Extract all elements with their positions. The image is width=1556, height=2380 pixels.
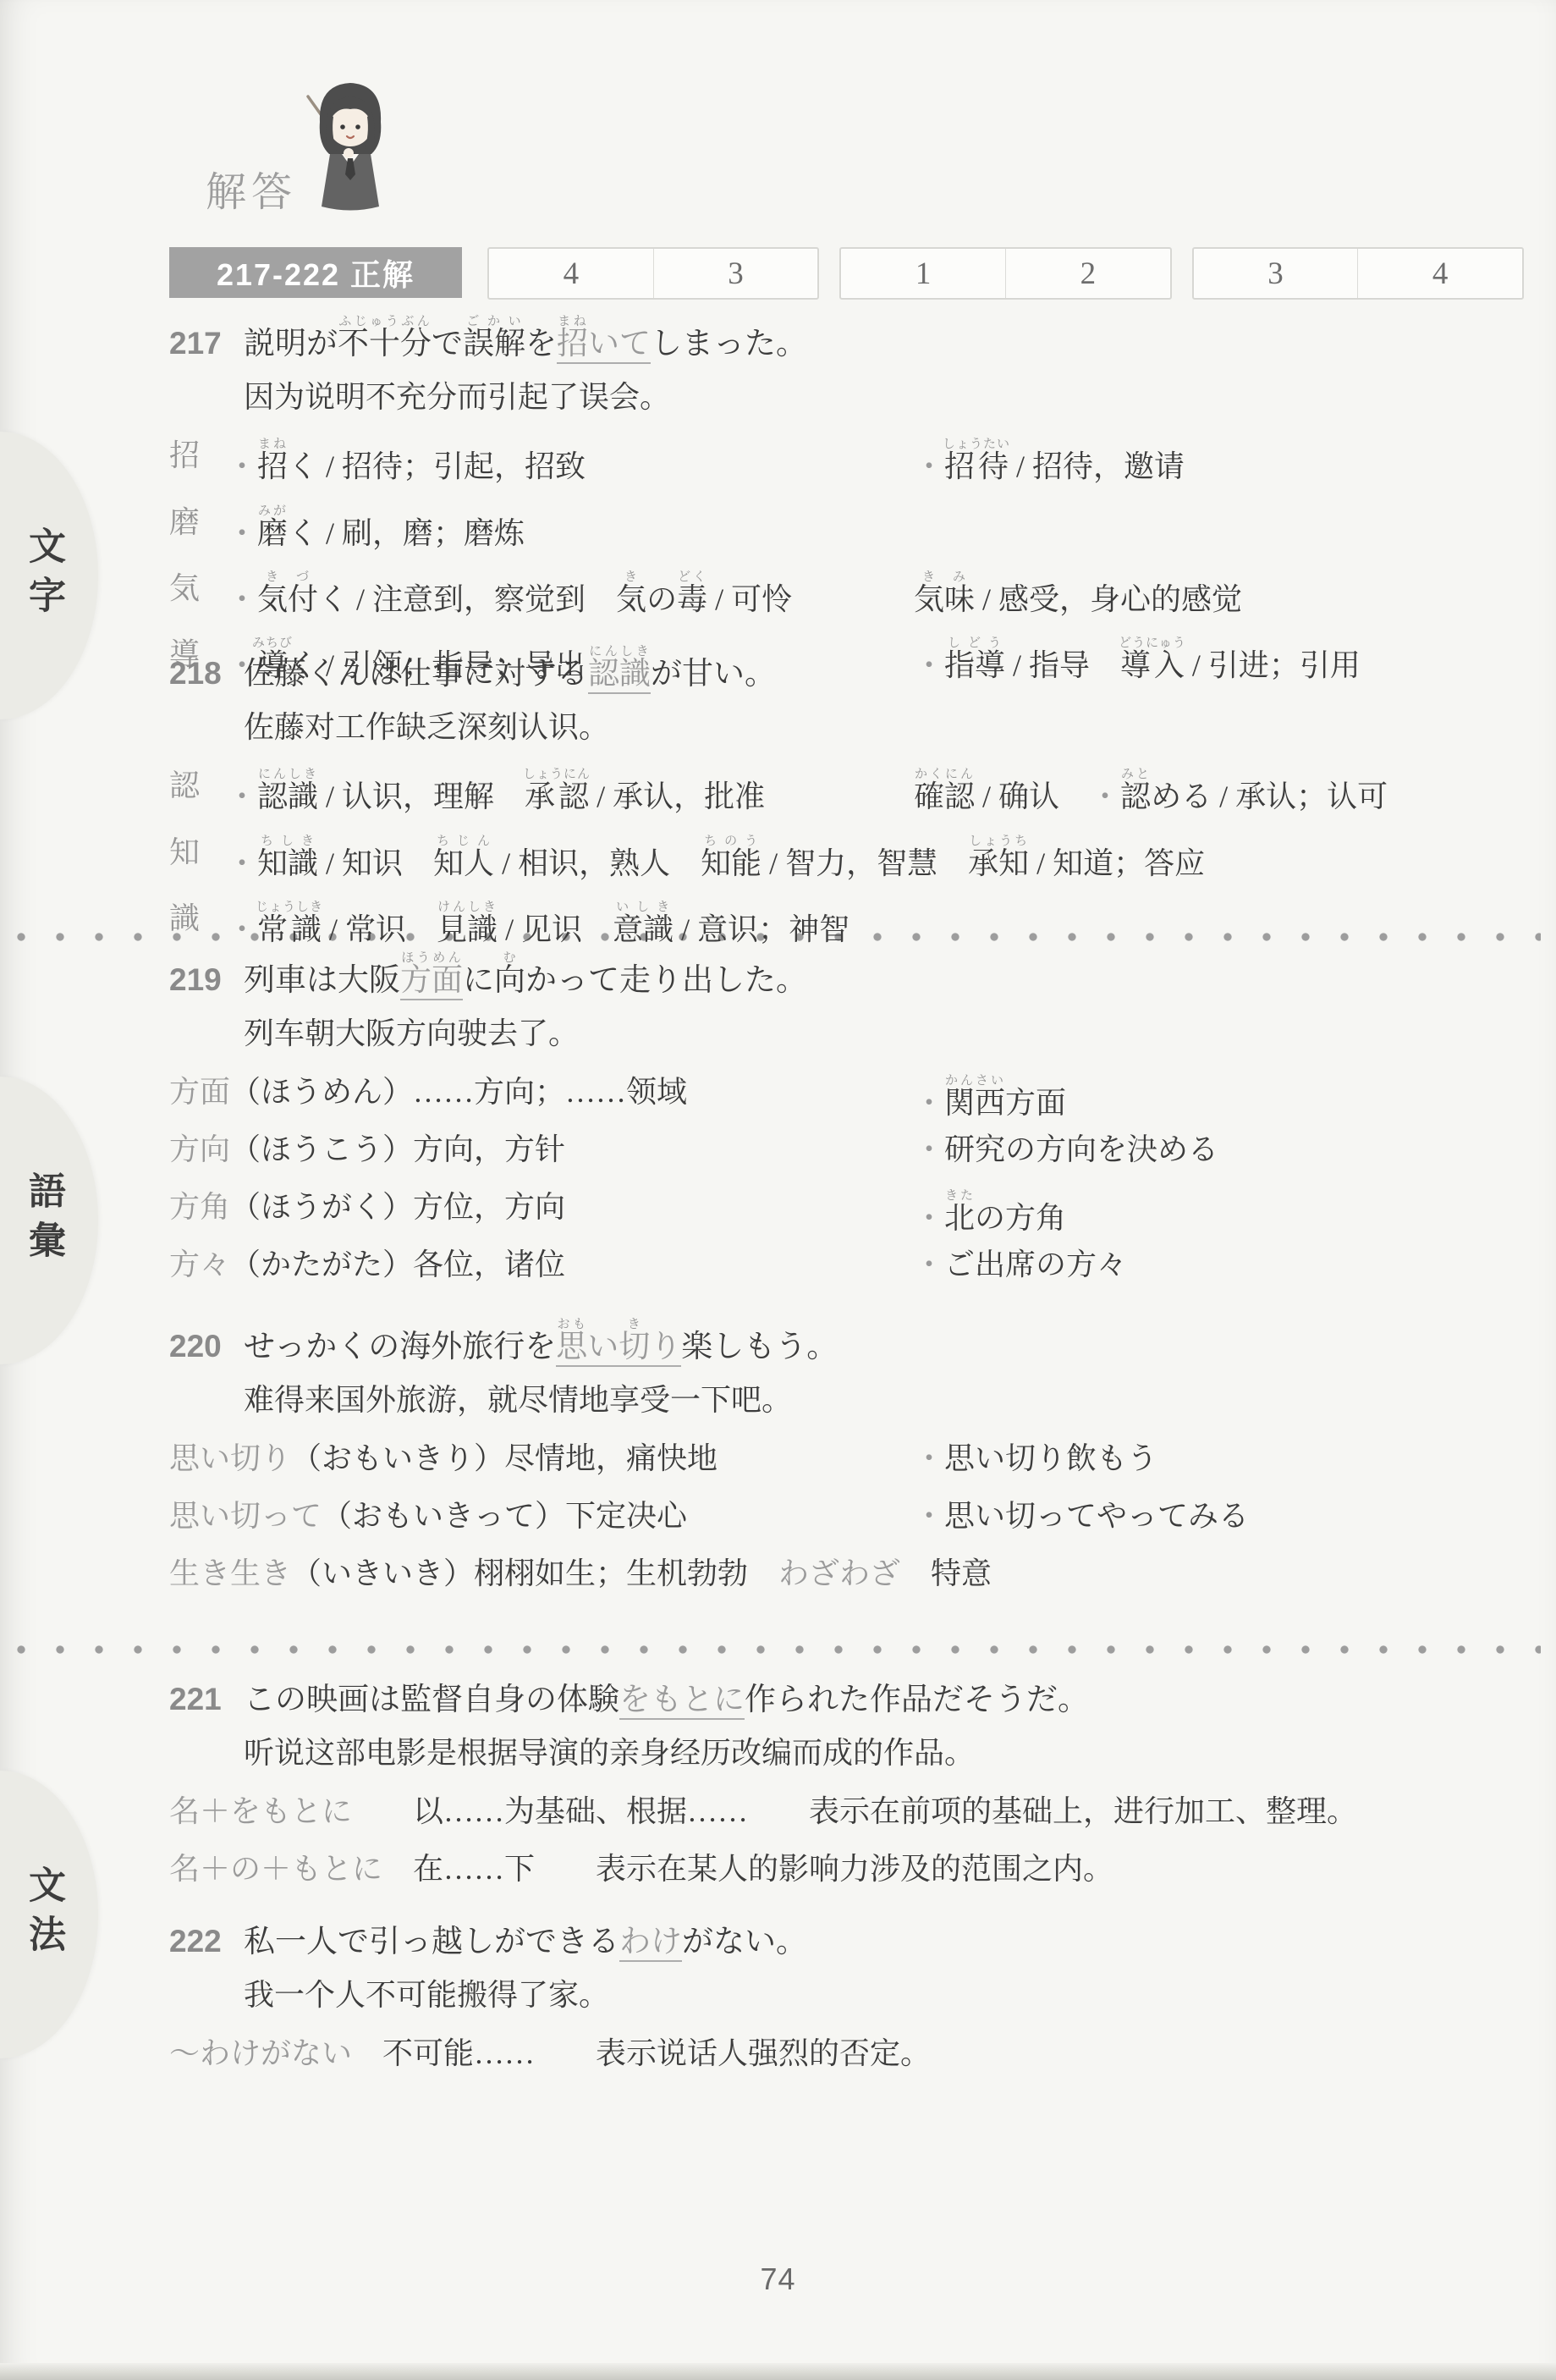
translation-text: 因为说明不充分而引起了误会。 xyxy=(244,379,1533,416)
text-segment: 気き xyxy=(616,582,646,616)
text-segment: 招まね xyxy=(557,327,588,364)
question-222: 222私一人で引っ越しができるわけがない。我一个人不可能搬得了家。～わけがない … xyxy=(169,1903,1533,2074)
answer-cell: 3 xyxy=(653,249,818,298)
question-221: 221この映画は監督自身の体験をもとに作られた作品だそうだ。听说这部电影是根据导… xyxy=(169,1661,1533,1890)
entry-rows: ～わけがない 不可能…… 表示说话人强烈的否定。 xyxy=(169,2017,1533,2074)
entry-left: 方向（ほうこう）方向，方针 xyxy=(169,1132,565,1168)
question-number: 219 xyxy=(169,962,244,998)
text-segment: く / 招待；引起，招致 xyxy=(288,449,586,483)
text-segment: / 承认，批准 xyxy=(589,780,765,813)
entry-row: 名＋をもとに 以……为基础、根据…… 表示在前项的基础上，进行加工、整理。 xyxy=(169,1775,1533,1832)
question-sentence: 219列車は大阪方面ほうめんに向むかって走り出した。 xyxy=(169,941,1533,1000)
text-segment: わけ xyxy=(619,1925,682,1962)
entry-right: ・ご出席の方々 xyxy=(914,1247,1127,1283)
entry-row: 方々（かたがた）各位，诸位・ご出席の方々 xyxy=(169,1228,1533,1286)
text-segment: 列車は大阪 xyxy=(244,963,400,998)
text-segment: 気味きみ xyxy=(914,582,975,616)
entry-rows: 認・認識にんしき / 认识，理解 承認しょうにん / 承认，批准確認かくにん /… xyxy=(169,749,1533,948)
text-segment: 在……下 表示在某人的影响力涉及的范围之内。 xyxy=(382,1852,1113,1886)
side-tab-moji: 文字 xyxy=(0,432,98,719)
text-segment: しまった。 xyxy=(651,327,807,361)
question-number: 217 xyxy=(169,326,244,361)
text-segment: を xyxy=(525,327,557,361)
text-segment: 招まね xyxy=(257,449,288,483)
entry-row: 名＋の＋もとに 在……下 表示在某人的影响力涉及的范围之内。 xyxy=(169,1832,1533,1890)
text-segment: ・ xyxy=(227,780,257,813)
entry-left: ・知識ちしき / 知识 知人ちじん / 相识，熟人 知能ちのう / 智力，智慧 … xyxy=(227,835,1205,882)
entry-row: 磨・磨みがく / 刷，磨；磨炼 xyxy=(169,486,1533,552)
entry-left: 方角（ほうがく）方位，方向 xyxy=(169,1189,565,1226)
text-segment: 知人ちじん xyxy=(433,846,494,880)
entry-row: 招・招まねく / 招待；引起，招致・招待しょうたい / 招待，邀请 xyxy=(169,419,1533,485)
text-segment: り xyxy=(650,1330,681,1367)
text-segment: （ほうめん）……方向；……领域 xyxy=(230,1075,687,1109)
text-segment: （いきいき）栩栩如生；生机勃勃 xyxy=(291,1556,778,1590)
text-segment: 研究の方向を決める xyxy=(944,1132,1218,1166)
entry-right: ・招待しょうたい / 招待，邀请 xyxy=(914,438,1185,485)
answer-key-row: 217-222 正解 431234 xyxy=(169,247,1524,300)
sentence-text: せっかくの海外旅行を思おもい切きり楽しもう。 xyxy=(244,1330,838,1367)
question-217: 217説明が不十分ふじゅうぶんで誤解ごかいを招まねいてしまった。因为说明不充分而… xyxy=(169,305,1533,684)
entry-row: 認・認識にんしき / 认识，理解 承認しょうにん / 承认，批准確認かくにん /… xyxy=(169,749,1533,815)
text-segment: に xyxy=(463,963,494,998)
text-segment: ・ xyxy=(1090,780,1120,813)
side-tab-label: 文字 xyxy=(16,526,70,625)
entry-rows: 思い切り（おもいきり）尽情地，痛快地・思い切り飲もう思い切って（おもいきって）下… xyxy=(169,1422,1533,1595)
text-segment: 名＋をもとに xyxy=(169,1794,352,1828)
entry-left: 名＋をもとに 以……为基础、根据…… 表示在前项的基础上，进行加工、整理。 xyxy=(169,1793,1357,1830)
text-segment: かって走り出した。 xyxy=(525,963,807,998)
text-segment: が甘い。 xyxy=(651,657,776,691)
page-number: 74 xyxy=(0,2262,1556,2297)
text-segment: 不可能…… 表示说话人强烈的否定。 xyxy=(352,2036,931,2070)
entry-row: 思い切って（おもいきって）下定决心・思い切ってやってみる xyxy=(169,1479,1533,1537)
answer-range-badge: 217-222 正解 xyxy=(169,247,462,298)
text-segment: 以……为基础、根据…… 表示在前项的基础上，进行加工、整理。 xyxy=(352,1794,1357,1828)
answer-box: 12 xyxy=(839,247,1171,300)
entry-left: ・気付きづく / 注意到，察觉到 気きの毒どく / 可怜 xyxy=(227,570,792,618)
text-segment: ・ xyxy=(227,846,257,880)
text-segment: 楽しもう。 xyxy=(681,1330,838,1364)
entry-left: ～わけがない 不可能…… 表示说话人强烈的否定。 xyxy=(169,2036,931,2072)
text-segment: ・ xyxy=(914,1499,944,1533)
question-number: 221 xyxy=(169,1682,244,1717)
text-segment: 磨みが xyxy=(257,516,288,550)
entry-left: ・招まねく / 招待；引起，招致 xyxy=(227,438,586,485)
text-segment: で xyxy=(432,327,463,361)
text-segment: わざわざ xyxy=(778,1556,900,1590)
text-segment: 作られた作品だそうだ。 xyxy=(745,1683,1089,1717)
text-segment: 向む xyxy=(494,963,525,998)
translation-text: 听说这部电影是根据导演的亲身经历改编而成的作品。 xyxy=(244,1735,1533,1771)
text-segment: / 可怜 xyxy=(707,582,792,616)
text-segment: / 知道；答应 xyxy=(1029,846,1205,880)
text-segment: 切き xyxy=(619,1330,650,1367)
text-segment: / 感受，身心的感觉 xyxy=(975,582,1242,616)
translation-text: 我一个人不可能搬得了家。 xyxy=(244,1977,1533,2014)
entry-right: ・思い切り飲もう xyxy=(914,1441,1157,1477)
text-segment: がない。 xyxy=(682,1925,807,1959)
entry-head: 招 xyxy=(169,438,200,474)
text-segment: 方面ほうめん xyxy=(400,963,463,1000)
entry-left: ・認識にんしき / 认识，理解 承認しょうにん / 承认，批准 xyxy=(227,768,765,815)
text-segment: ・ xyxy=(227,582,257,616)
entry-head: 磨 xyxy=(169,504,200,541)
entry-row: 方面（ほうめん）……方向；……领域・関西かんさい方面 xyxy=(169,1055,1533,1113)
entry-row: 生き生き（いきいき）栩栩如生；生机勃勃 わざわざ 特意 xyxy=(169,1537,1533,1595)
answer-box: 43 xyxy=(487,247,819,300)
entry-left: 方面（ほうめん）……方向；……领域 xyxy=(169,1074,687,1110)
text-segment: 方向 xyxy=(169,1132,230,1166)
text-segment: 知識ちしき xyxy=(257,846,318,880)
text-segment: / 认识，理解 xyxy=(318,780,525,813)
entry-head: 知 xyxy=(169,835,200,871)
text-segment: 思い切り xyxy=(169,1441,291,1475)
text-segment: / 招待，邀请 xyxy=(1009,449,1185,483)
text-segment: ～わけがない xyxy=(169,2036,352,2070)
text-segment: 不十分ふじゅうぶん xyxy=(338,327,432,361)
text-segment: 佐藤くんは仕事に対する xyxy=(244,657,588,691)
kaitou-label: 解答 xyxy=(206,159,297,218)
entry-rows: 名＋をもとに 以……为基础、根据…… 表示在前项的基础上，进行加工、整理。名＋の… xyxy=(169,1775,1533,1890)
answer-box: 34 xyxy=(1192,247,1524,300)
text-segment: 方角 xyxy=(169,1190,230,1224)
text-segment: 招待しょうたい xyxy=(944,449,1009,483)
text-segment: 誤解ごかい xyxy=(463,327,525,361)
question-219: 219列車は大阪方面ほうめんに向むかって走り出した。列车朝大阪方向驶去了。方面（… xyxy=(169,941,1533,1286)
entry-left: 生き生き（いきいき）栩栩如生；生机勃勃 わざわざ 特意 xyxy=(169,1556,992,1592)
text-segment: 私一人で引っ越しができる xyxy=(244,1925,619,1959)
text-segment: ・ xyxy=(914,1248,944,1281)
text-segment: 説明が xyxy=(244,327,338,361)
text-segment: （おもいきり）尽情地，痛快地 xyxy=(291,1441,718,1475)
text-segment: 気付きづ xyxy=(257,582,318,616)
text-segment: / 智力，智慧 xyxy=(762,846,968,880)
text-segment: ・ xyxy=(914,449,944,483)
sentence-text: 私一人で引っ越しができるわけがない。 xyxy=(244,1925,807,1962)
text-segment: く / 注意到，察觉到 xyxy=(318,582,616,616)
answer-cell: 2 xyxy=(1005,249,1170,298)
text-segment: 思い切って xyxy=(169,1499,322,1533)
text-segment: 思おも xyxy=(556,1330,587,1367)
text-segment: 思い切ってやってみる xyxy=(944,1499,1249,1533)
entry-row: 方角（ほうがく）方位，方向・北きたの方角 xyxy=(169,1171,1533,1228)
question-sentence: 218佐藤くんは仕事に対する認識にんしきが甘い。 xyxy=(169,635,1533,694)
text-segment: / 相识，熟人 xyxy=(494,846,701,880)
dotted-divider xyxy=(15,1644,1541,1656)
text-segment: める / 承认；认可 xyxy=(1151,780,1388,813)
entry-left: 思い切って（おもいきって）下定决心 xyxy=(169,1498,687,1534)
entry-row: ～わけがない 不可能…… 表示说话人强烈的否定。 xyxy=(169,2017,1533,2074)
answer-cell: 4 xyxy=(489,249,653,298)
text-segment: ご出席の方々 xyxy=(944,1248,1127,1281)
text-segment: （ほうがく）方位，方向 xyxy=(230,1190,565,1224)
entry-right: ・研究の方向を決める xyxy=(914,1132,1218,1168)
side-tab-bunpo: 文法 xyxy=(0,1771,98,2058)
entry-head: 気 xyxy=(169,570,200,607)
text-segment: / 知识 xyxy=(318,846,433,880)
text-segment: 特意 xyxy=(900,1556,992,1590)
entry-head: 認 xyxy=(169,768,200,804)
text-segment: の xyxy=(646,582,677,616)
entry-left: 方々（かたがた）各位，诸位 xyxy=(169,1247,565,1283)
entry-row: 思い切り（おもいきり）尽情地，痛快地・思い切り飲もう xyxy=(169,1422,1533,1479)
side-tab-label: 語彙 xyxy=(16,1171,70,1270)
text-segment: 承認しょうにん xyxy=(525,780,589,813)
entry-left: 思い切り（おもいきり）尽情地，痛快地 xyxy=(169,1441,718,1477)
question-number: 222 xyxy=(169,1924,244,1959)
translation-text: 佐藤对工作缺乏深刻认识。 xyxy=(244,709,1533,746)
text-segment: ・ xyxy=(227,449,257,483)
sentence-text: 列車は大阪方面ほうめんに向むかって走り出した。 xyxy=(244,963,807,1000)
question-sentence: 221この映画は監督自身の体験をもとに作られた作品だそうだ。 xyxy=(169,1661,1533,1720)
sentence-text: 説明が不十分ふじゅうぶんで誤解ごかいを招まねいてしまった。 xyxy=(244,327,807,364)
answer-cell: 4 xyxy=(1357,249,1522,298)
text-segment: ・ xyxy=(914,1132,944,1166)
text-segment: 方々 xyxy=(169,1248,230,1281)
text-segment: （かたがた）各位，诸位 xyxy=(230,1248,565,1281)
entry-row: 知・知識ちしき / 知识 知人ちじん / 相识，熟人 知能ちのう / 智力，智慧… xyxy=(169,816,1533,882)
entry-right: ・思い切ってやってみる xyxy=(914,1498,1249,1534)
text-segment: い xyxy=(587,1330,619,1367)
text-segment: ・ xyxy=(914,1441,944,1475)
teacher-girl-icon xyxy=(286,74,415,234)
page-bottom-edge xyxy=(0,2363,1556,2380)
text-segment: 承知しょうち xyxy=(968,846,1029,880)
text-segment: / 确认 xyxy=(975,780,1090,813)
entry-left: 名＋の＋もとに 在……下 表示在某人的影响力涉及的范围之内。 xyxy=(169,1851,1113,1887)
text-segment: 確認かくにん xyxy=(914,780,975,813)
text-segment: 毒どく xyxy=(677,582,707,616)
question-sentence: 217説明が不十分ふじゅうぶんで誤解ごかいを招まねいてしまった。 xyxy=(169,305,1533,364)
text-segment: ・ xyxy=(227,516,257,550)
text-segment: （ほうこう）方向，方针 xyxy=(230,1132,565,1166)
side-tab-label: 文法 xyxy=(16,1865,70,1964)
answer-boxes: 431234 xyxy=(487,247,1524,300)
entry-row: 方向（ほうこう）方向，方针・研究の方向を決める xyxy=(169,1113,1533,1171)
text-segment: この映画は監督自身の体験 xyxy=(244,1683,619,1717)
text-segment: （おもいきって）下定决心 xyxy=(322,1499,687,1533)
translation-text: 列车朝大阪方向驶去了。 xyxy=(244,1016,1533,1052)
answer-cell: 1 xyxy=(841,249,1005,298)
text-segment: をもとに xyxy=(619,1683,745,1720)
question-number: 220 xyxy=(169,1329,244,1364)
entry-row: 識・常識じょうしき / 常识 見識けんしき / 见识 意識いしき / 意识；神智 xyxy=(169,882,1533,948)
text-segment: 生き生き xyxy=(169,1556,291,1590)
sentence-text: 佐藤くんは仕事に対する認識にんしきが甘い。 xyxy=(244,657,776,694)
question-sentence: 220せっかくの海外旅行を思おもい切きり楽しもう。 xyxy=(169,1308,1533,1367)
side-tab-goi: 語彙 xyxy=(0,1077,98,1364)
text-segment: く / 刷，磨；磨炼 xyxy=(288,516,525,550)
text-segment: 認識にんしき xyxy=(257,780,318,813)
question-number: 218 xyxy=(169,656,244,691)
question-218: 218佐藤くんは仕事に対する認識にんしきが甘い。佐藤对工作缺乏深刻认识。認・認識… xyxy=(169,635,1533,948)
text-segment: せっかくの海外旅行を xyxy=(244,1330,556,1364)
text-segment: 認みと xyxy=(1120,780,1151,813)
question-220: 220せっかくの海外旅行を思おもい切きり楽しもう。难得来国外旅游，就尽情地享受一… xyxy=(169,1308,1533,1595)
entry-right: 確認かくにん / 确认 ・認みとめる / 承认；认可 xyxy=(914,768,1388,815)
text-segment: 認識にんしき xyxy=(588,657,651,694)
translation-text: 难得来国外旅游，就尽情地享受一下吧。 xyxy=(244,1382,1533,1419)
entry-head: 識 xyxy=(169,901,200,937)
text-segment: 思い切り飲もう xyxy=(944,1441,1157,1475)
text-segment: いて xyxy=(588,327,651,364)
entry-left: ・磨みがく / 刷，磨；磨炼 xyxy=(227,504,525,552)
question-sentence: 222私一人で引っ越しができるわけがない。 xyxy=(169,1903,1533,1962)
sentence-text: この映画は監督自身の体験をもとに作られた作品だそうだ。 xyxy=(244,1683,1089,1720)
entry-row: 気・気付きづく / 注意到，察觉到 気きの毒どく / 可怜気味きみ / 感受，身… xyxy=(169,552,1533,618)
entry-rows: 方面（ほうめん）……方向；……领域・関西かんさい方面方向（ほうこう）方向，方针・… xyxy=(169,1055,1533,1286)
page: 解答 217-222 正解 431234 217説明が不十分ふじゅうぶんで誤解ご… xyxy=(0,0,1556,2380)
entry-right: 気味きみ / 感受，身心的感觉 xyxy=(914,570,1242,618)
answer-cell: 3 xyxy=(1194,249,1358,298)
text-segment: 知能ちのう xyxy=(701,846,762,880)
text-segment: 名＋の＋もとに xyxy=(169,1852,382,1886)
text-segment: 方面 xyxy=(169,1075,230,1109)
